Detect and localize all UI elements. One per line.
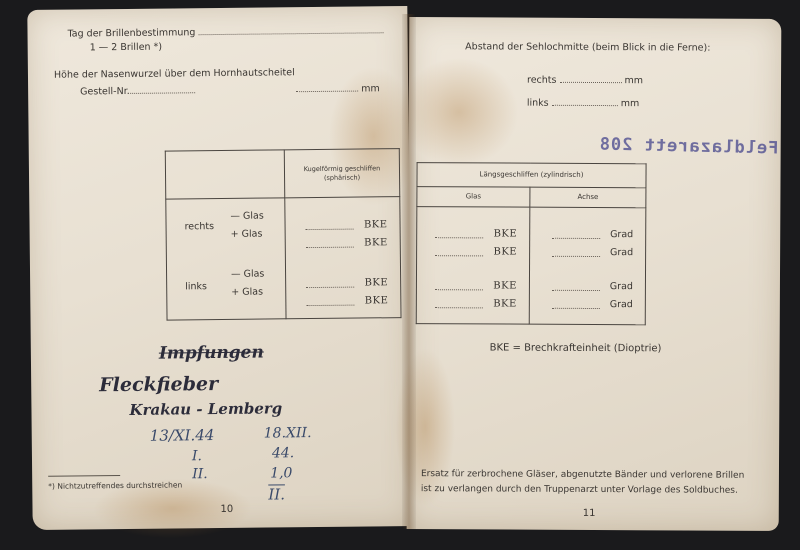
- frame-number-label: Gestell-Nr.: [80, 84, 195, 97]
- handwritten-typhus: Fleckfieber: [99, 373, 218, 396]
- open-booklet: Tag der Brillenbestimmung 1 — 2 Brillen …: [30, 4, 785, 534]
- nose-bridge-height-field: mm: [296, 82, 380, 95]
- page-number-right: 11: [583, 508, 596, 519]
- handwritten-year: 44.: [272, 445, 294, 461]
- footnote: *) Nichtzutreffendes durchstreichen: [48, 480, 182, 490]
- right-page: Abstand der Sehlochmitte (beim Blick in …: [407, 17, 782, 531]
- pupil-distance-left: links mm: [527, 97, 639, 110]
- pupil-distance-label: Abstand der Sehlochmitte (beim Blick in …: [465, 41, 710, 53]
- cylindrical-lens-table: Längsgeschliffen (zylindrisch) Glas Achs…: [416, 162, 647, 325]
- glasses-count-label: 1 — 2 Brillen *): [90, 42, 162, 54]
- nose-bridge-height-label: Höhe der Nasenwurzel über dem Hornhautsc…: [54, 67, 295, 81]
- spherical-lens-table: Kugelförmig geschliffen (sphärisch) rech…: [165, 148, 402, 320]
- replacement-note-line-1: Ersatz für zerbrochene Gläser, abgenutzt…: [421, 469, 744, 481]
- handwritten-date-2: 18.XII.: [264, 425, 312, 441]
- bke-field: BKE: [417, 276, 529, 295]
- bke-field: BKE: [417, 224, 529, 243]
- handwritten-mark-1: I.: [192, 448, 202, 464]
- left-page: Tag der Brillenbestimmung 1 — 2 Brillen …: [27, 6, 412, 530]
- handwritten-location: Krakau - Lemberg: [129, 399, 282, 419]
- bke-field: BKE: [286, 291, 400, 310]
- footnote-rule: [48, 475, 120, 477]
- cylindrical-axis-values: Grad Grad Grad Grad: [529, 207, 646, 325]
- plus-glass-label: + Glas: [231, 229, 263, 240]
- bke-field: BKE: [417, 294, 529, 313]
- handwritten-dose: 1,0: [270, 465, 292, 481]
- cylindrical-bke-values: BKE BKE BKE BKE: [416, 207, 530, 325]
- degree-field: Grad: [530, 277, 645, 296]
- handwritten-roman-two: II.: [268, 485, 285, 503]
- empty-header-cell: [165, 150, 284, 199]
- field-hospital-stamp: Feldlazarett 208: [598, 134, 778, 158]
- bke-legend: BKE = Brechkrafteinheit (Dioptrie): [490, 342, 662, 354]
- spherical-header: Kugelförmig geschliffen (sphärisch): [284, 149, 399, 198]
- bke-field: BKE: [286, 273, 400, 292]
- degree-field: Grad: [530, 243, 645, 262]
- cylindrical-header: Längsgeschliffen (zylindrisch): [417, 163, 646, 188]
- handwritten-mark-2: II.: [192, 466, 208, 482]
- degree-field: Grad: [530, 225, 645, 244]
- handwritten-vaccinations: Impfungen: [159, 343, 264, 364]
- eyeglass-date-label: Tag der Brillenbestimmung: [67, 24, 383, 39]
- water-stain: [399, 57, 520, 168]
- side-links: links: [185, 281, 207, 292]
- booklet-spine: [402, 14, 416, 529]
- replacement-note-line-2: ist zu verlangen durch den Truppenarzt u…: [421, 484, 738, 496]
- axis-column-header: Achse: [530, 187, 646, 208]
- minus-glass-label: — Glas: [230, 211, 263, 222]
- pupil-distance-right: rechts mm: [527, 74, 643, 87]
- plus-glass-label: + Glas: [231, 287, 263, 298]
- page-number-left: 10: [220, 504, 233, 515]
- minus-glass-label: — Glas: [231, 269, 264, 280]
- side-labels: rechts — Glas + Glas links — Glas + Glas: [166, 198, 286, 320]
- side-rechts: rechts: [185, 221, 215, 232]
- handwritten-date: 13/XI.44: [150, 426, 215, 445]
- spherical-values: BKE BKE BKE BKE: [285, 197, 401, 319]
- bke-field: BKE: [285, 215, 399, 234]
- glass-column-header: Glas: [417, 187, 530, 208]
- degree-field: Grad: [530, 295, 645, 314]
- bke-field: BKE: [417, 242, 529, 261]
- bke-field: BKE: [286, 233, 400, 252]
